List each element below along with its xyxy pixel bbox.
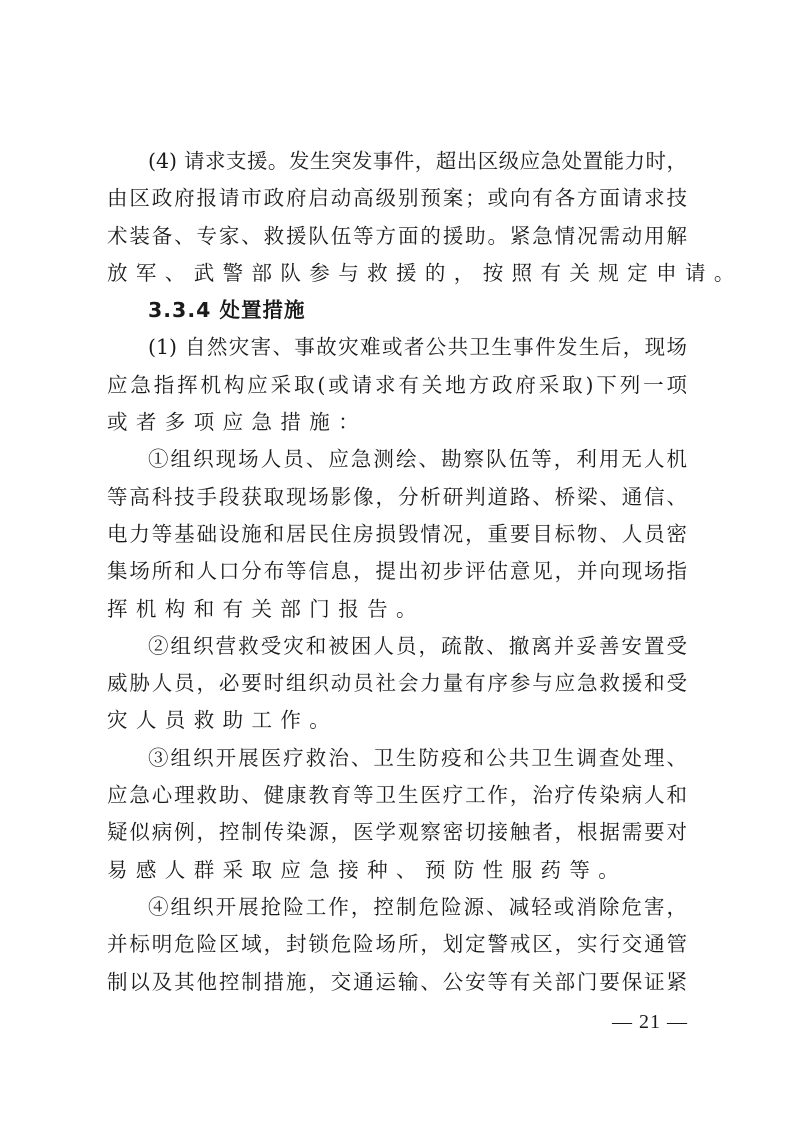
text-line: 制以及其他控制措施，交通运输、公安等有关部门要保证紧 bbox=[107, 964, 687, 1001]
text-line: 应急心理救助、健康教育等卫生医疗工作，治疗传染病人和 bbox=[107, 777, 687, 814]
paragraph-measure-3: ③组织开展医疗救治、卫生防疫和公共卫生调查处理、 应急心理救助、健康教育等卫生医… bbox=[107, 740, 687, 889]
text-line: ③组织开展医疗救治、卫生防疫和公共卫生调查处理、 bbox=[107, 740, 687, 777]
text-line: 并标明危险区域，封锁危险场所，划定警戒区，实行交通管 bbox=[107, 926, 687, 963]
text-line: 或者多项应急措施： bbox=[107, 404, 687, 441]
text-line: ④组织开展抢险工作，控制危险源、减轻或消除危害， bbox=[107, 889, 687, 926]
page-number: — 21 — bbox=[612, 1011, 688, 1034]
text-line: ①组织现场人员、应急测绘、勘察队伍等，利用无人机 bbox=[107, 441, 687, 478]
text-line: 由区政府报请市政府启动高级别预案；或向有各方面请求技 bbox=[107, 180, 687, 217]
text-line: 挥机构和有关部门报告。 bbox=[107, 591, 687, 628]
paragraph-measure-2: ②组织营救受灾和被困人员，疏散、撤离并妥善安置受 威胁人员，必要时组织动员社会力… bbox=[107, 628, 687, 740]
heading-text: 3.3.4 处置措施 bbox=[107, 292, 687, 329]
paragraph-measure-1: ①组织现场人员、应急测绘、勘察队伍等，利用无人机 等高科技手段获取现场影像，分析… bbox=[107, 441, 687, 627]
text-line: (1) 自然灾害、事故灾难或者公共卫生事件发生后，现场 bbox=[107, 329, 687, 366]
text-line: 电力等基础设施和居民住房损毁情况，重要目标物、人员密 bbox=[107, 516, 687, 553]
text-line: 术装备、专家、救援队伍等方面的援助。紧急情况需动用解 bbox=[107, 218, 687, 255]
section-heading: 3.3.4 处置措施 bbox=[107, 292, 687, 329]
paragraph-measures-intro: (1) 自然灾害、事故灾难或者公共卫生事件发生后，现场 应急指挥机构应采取(或请… bbox=[107, 329, 687, 441]
text-line: 等高科技手段获取现场影像，分析研判道路、桥梁、通信、 bbox=[107, 479, 687, 516]
text-line: 放军、武警部队参与救援的，按照有关规定申请。 bbox=[107, 255, 687, 292]
text-line: 应急指挥机构应采取(或请求有关地方政府采取)下列一项 bbox=[107, 367, 687, 404]
document-body: (4) 请求支援。发生突发事件，超出区级应急处置能力时， 由区政府报请市政府启动… bbox=[107, 143, 687, 1001]
text-line: 疑似病例，控制传染源，医学观察密切接触者，根据需要对 bbox=[107, 814, 687, 851]
text-line: (4) 请求支援。发生突发事件，超出区级应急处置能力时， bbox=[107, 143, 687, 180]
paragraph-measure-4: ④组织开展抢险工作，控制危险源、减轻或消除危害， 并标明危险区域，封锁危险场所，… bbox=[107, 889, 687, 1001]
paragraph-request-support: (4) 请求支援。发生突发事件，超出区级应急处置能力时， 由区政府报请市政府启动… bbox=[107, 143, 687, 292]
text-line: ②组织营救受灾和被困人员，疏散、撤离并妥善安置受 bbox=[107, 628, 687, 665]
text-line: 灾人员救助工作。 bbox=[107, 702, 687, 739]
text-line: 集场所和人口分布等信息，提出初步评估意见，并向现场指 bbox=[107, 553, 687, 590]
text-line: 易感人群采取应急接种、预防性服药等。 bbox=[107, 852, 687, 889]
text-line: 威胁人员，必要时组织动员社会力量有序参与应急救援和受 bbox=[107, 665, 687, 702]
